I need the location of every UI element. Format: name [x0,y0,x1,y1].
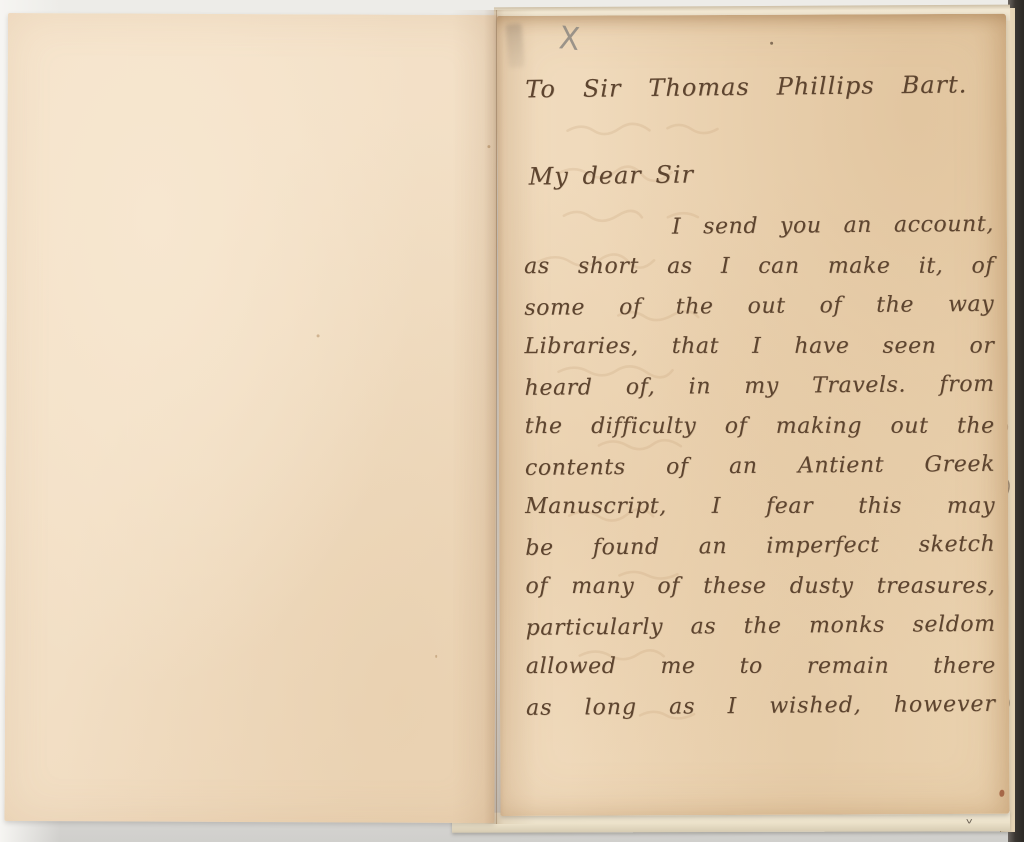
letter-line: allowed me to remain there [526,647,996,687]
letter-line: be found an imperfect sketch [525,525,995,569]
letter-line: contents of an Antient Greek [525,445,995,489]
letter-body: I send you an account,as short as I can … [524,206,996,728]
letter-line: as short as I can make it, of [524,247,994,287]
letter-line: Libraries, that I have seen or [524,327,994,367]
book-scan: v X To Sir Thomas Phil [0,0,1024,842]
ink-dot [770,42,773,45]
edge-check-mark: v [966,816,973,825]
letter-line: of many of these dusty treasures, [525,567,995,607]
letter-heading: To Sir Thomas Phillips Bart. [525,64,967,109]
letter-line: heard of, in my Travels. from [524,365,994,409]
letter-line: as long as I wished, however [526,685,996,729]
letter-line: Manuscript, I fear this may [525,487,995,527]
rust-speck [999,790,1004,797]
paper-speck [435,655,437,658]
corner-smudge [506,23,525,68]
pencil-x-mark: X [557,20,581,59]
paper-speck [487,145,490,148]
letter-line: particularly as the monks seldom [526,605,996,649]
letter-line: I send you an account, [524,205,994,249]
paper-speck [317,334,320,337]
manuscript-page: X To Sir Thomas Phillips Bart. My dear S… [497,14,1009,816]
letter-line: some of the out of the way [524,285,994,329]
letter-line: the difficulty of making out the [525,407,995,447]
letter-salutation: My dear Sir [528,154,694,196]
left-blank-page [4,13,498,823]
